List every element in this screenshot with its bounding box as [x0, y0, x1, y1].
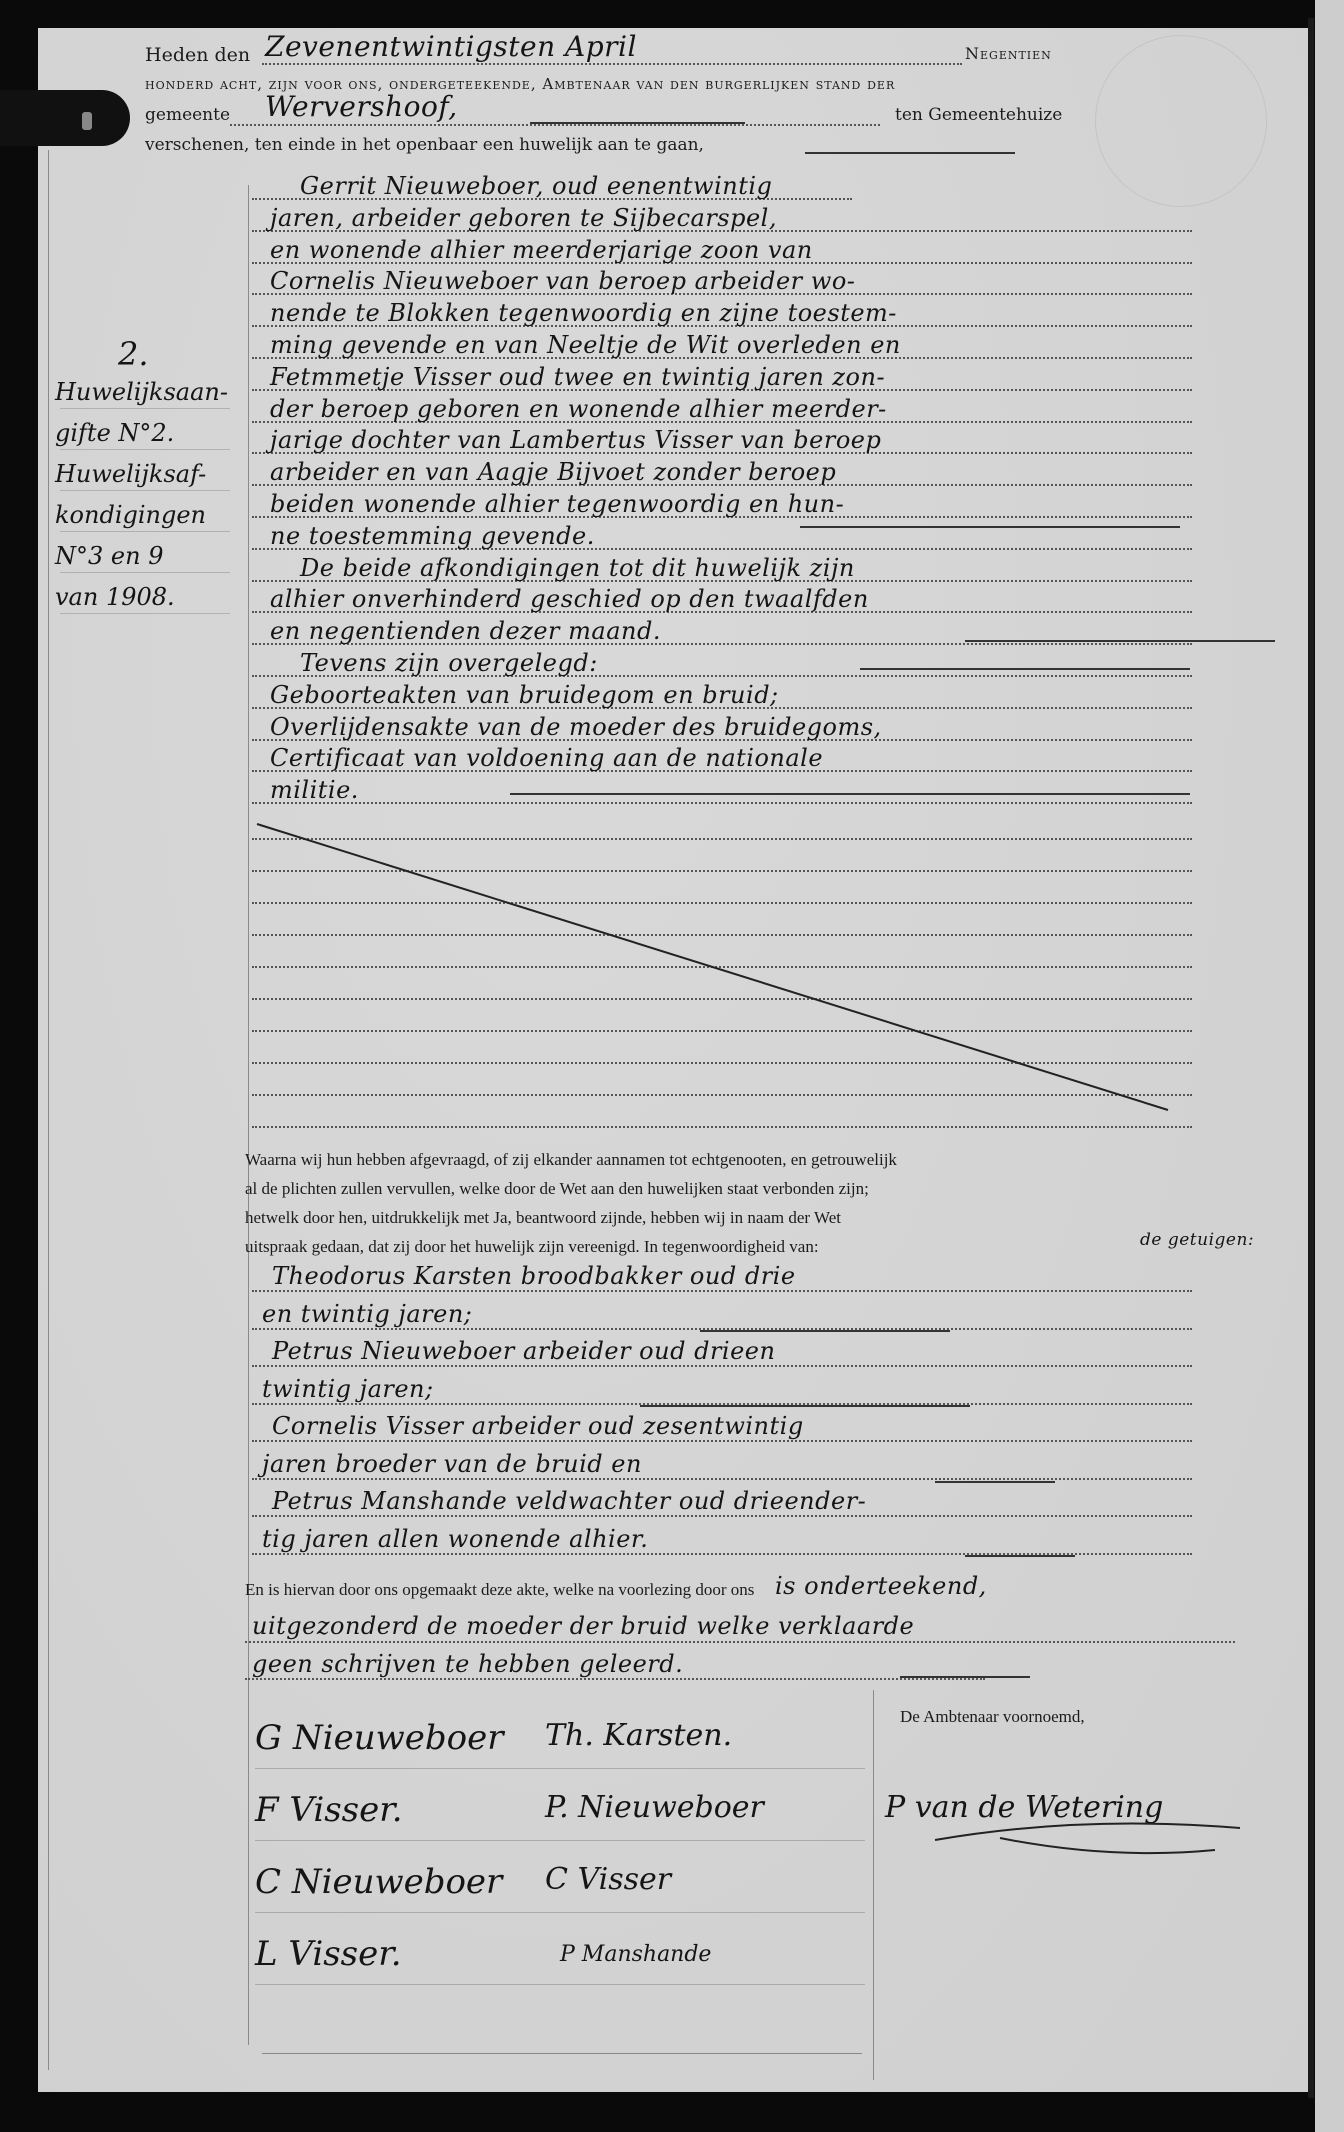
dotted-line	[252, 1290, 1192, 1292]
record-line: jaren, arbeider geboren te Sijbecarspel,	[270, 204, 777, 232]
witness-signature: C Nieuweboer	[255, 1862, 502, 1902]
signature-rule	[255, 1840, 865, 1841]
blank-rule	[700, 1330, 950, 1332]
record-line: Gerrit Nieuweboer, oud eenentwintig	[300, 172, 772, 200]
record-line: Geboorteakten van bruidegom en bruid;	[270, 681, 779, 709]
witness-signature: F Visser.	[255, 1790, 403, 1830]
dotted-line	[252, 1365, 1192, 1367]
record-line: Overlijdensakte van de moeder des bruide…	[270, 713, 882, 741]
witness-line: Cornelis Visser arbeider oud zesentwinti…	[272, 1412, 804, 1440]
witness-signature: Th. Karsten.	[545, 1718, 732, 1753]
blank-rule	[900, 1676, 1030, 1678]
record-line: en wonende alhier meerderjarige zoon van	[270, 236, 813, 264]
header-line-4: verschenen, ten einde in het openbaar ee…	[145, 135, 704, 155]
official-label: De Ambtenaar voornoemd,	[900, 1707, 1085, 1727]
witness-signature: C Visser	[545, 1862, 671, 1897]
printed-line: uitspraak gedaan, dat zij door het huwel…	[245, 1232, 1190, 1261]
closing-handwritten-end: is onderteekend,	[775, 1572, 987, 1600]
record-line: Certificaat van voldoening aan de nation…	[270, 744, 823, 772]
dotted-line	[252, 1030, 1192, 1032]
dotted-line	[245, 1678, 985, 1680]
witness-signature: G Nieuweboer	[255, 1718, 503, 1758]
printed-line: Waarna wij hun hebben afgevraagd, of zij…	[245, 1145, 1190, 1174]
witness-line: jaren broeder van de bruid en	[262, 1450, 642, 1478]
witness-line: Petrus Nieuweboer arbeider oud drieen	[272, 1337, 775, 1365]
witnesses-intro: de getuigen:	[1140, 1230, 1254, 1250]
dotted-line	[262, 63, 962, 65]
dotted-line	[252, 934, 1192, 936]
closing-line: geen schrijven te hebben geleerd.	[252, 1650, 683, 1678]
record-line: beiden wonende alhier tegenwoordig en hu…	[270, 490, 844, 518]
record-line: militie.	[270, 776, 359, 804]
header-line-3-prefix: gemeente	[145, 105, 230, 125]
closing-printed: En is hiervan door ons opgemaakt deze ak…	[245, 1580, 754, 1600]
record-line: Fetmmetje Visser oud twee en twintig jar…	[270, 363, 885, 391]
header-line-3-suffix: ten Gemeentehuize	[895, 105, 1062, 125]
dotted-line	[252, 1478, 1192, 1480]
record-line: De beide afkondigingen tot dit huwelijk …	[300, 554, 855, 582]
act-number: 2.	[118, 335, 149, 373]
witness-signature: L Visser.	[255, 1934, 402, 1974]
page-inner-border	[48, 150, 49, 2070]
blank-rule	[800, 526, 1180, 528]
municipality: Wervershoof,	[265, 90, 458, 123]
official-signature: P van de Wetering	[885, 1790, 1163, 1825]
witness-signature: P. Nieuweboer	[545, 1790, 764, 1825]
record-line: arbeider en van Aagje Bijvoet zonder ber…	[270, 458, 836, 486]
binder-clip	[0, 90, 130, 146]
record-line: Cornelis Nieuweboer van beroep arbeider …	[270, 267, 855, 295]
printed-line: al de plichten zullen vervullen, welke d…	[245, 1174, 1190, 1203]
witness-line: tig jaren allen wonende alhier.	[262, 1525, 648, 1553]
record-line: jarige dochter van Lambertus Visser van …	[270, 426, 881, 454]
dotted-line	[245, 1641, 1235, 1643]
margin-note-line: N°3 en 9	[55, 542, 163, 570]
margin-rule	[60, 490, 230, 491]
margin-note-line: gifte N°2.	[55, 419, 174, 447]
margin-note-line: Huwelijksaan-	[55, 378, 228, 406]
witness-signature: P Manshande	[560, 1942, 711, 1967]
dotted-line	[252, 870, 1192, 872]
embossed-seal	[1095, 35, 1267, 207]
witness-line: twintig jaren;	[262, 1375, 434, 1403]
dotted-line	[252, 802, 1192, 804]
margin-rule	[60, 408, 230, 409]
signature-rule	[255, 1768, 865, 1769]
dotted-line	[252, 966, 1192, 968]
printed-line: hetwelk door hen, uitdrukkelijk met Ja, …	[245, 1203, 1190, 1232]
dotted-line	[252, 1062, 1192, 1064]
dotted-line	[252, 1126, 1192, 1128]
record-line: ne toestemming gevende.	[270, 522, 595, 550]
margin-rule	[60, 613, 230, 614]
record-line: en negentienden dezer maand.	[270, 617, 661, 645]
blank-rule	[530, 122, 745, 124]
margin-note-line: Huwelijksaf-	[55, 460, 206, 488]
blank-rule	[935, 1481, 1055, 1483]
header-line-1: Heden den	[145, 44, 250, 66]
dotted-line	[252, 902, 1192, 904]
record-line: ming gevende en van Neeltje de Wit overl…	[270, 331, 901, 359]
blank-rule	[510, 793, 1190, 795]
margin-rule	[60, 449, 230, 450]
margin-note-line: kondigingen	[55, 501, 206, 529]
signature-rule	[255, 1912, 865, 1913]
blank-rule	[640, 1405, 970, 1407]
dotted-line	[252, 838, 1192, 840]
clip-highlight	[82, 112, 92, 130]
year-prefix: Negentien	[965, 44, 1052, 63]
witness-line: en twintig jaren;	[262, 1300, 472, 1328]
dotted-line	[252, 998, 1192, 1000]
margin-rule	[60, 531, 230, 532]
margin-rule	[60, 572, 230, 573]
margin-column-line	[248, 185, 249, 2045]
header-prefix: Heden den	[145, 44, 250, 66]
signature-rule	[255, 1984, 865, 1985]
closing-line: uitgezonderd de moeder der bruid welke v…	[252, 1612, 914, 1640]
dotted-line	[252, 1094, 1192, 1096]
marriage-date: Zevenentwintigsten April	[265, 30, 637, 63]
blank-rule	[805, 152, 1015, 154]
signature-column-line	[873, 1690, 874, 2080]
book-spine	[1308, 18, 1314, 2098]
bottom-rule	[262, 2053, 862, 2054]
record-line: der beroep geboren en wonende alhier mee…	[270, 395, 887, 423]
record-line: alhier onverhinderd geschied op den twaa…	[270, 585, 869, 613]
blank-rule	[965, 1555, 1075, 1557]
dotted-line	[252, 1515, 1192, 1517]
margin-note-line: van 1908.	[55, 583, 175, 611]
witness-line: Petrus Manshande veldwachter oud drieend…	[272, 1487, 866, 1515]
record-line: Tevens zijn overgelegd:	[300, 649, 598, 677]
record-line: nende te Blokken tegenwoordig en zijne t…	[270, 299, 897, 327]
blank-rule	[860, 668, 1190, 670]
dotted-line	[252, 1440, 1192, 1442]
header-line-2: honderd acht, zijn voor ons, ondergeteek…	[145, 75, 895, 93]
blank-rule	[965, 640, 1275, 642]
dotted-line	[230, 124, 880, 126]
adjacent-page-edge	[1315, 0, 1344, 2132]
witness-line: Theodorus Karsten broodbakker oud drie	[272, 1262, 796, 1290]
printed-paragraph: Waarna wij hun hebben afgevraagd, of zij…	[245, 1145, 1190, 1261]
